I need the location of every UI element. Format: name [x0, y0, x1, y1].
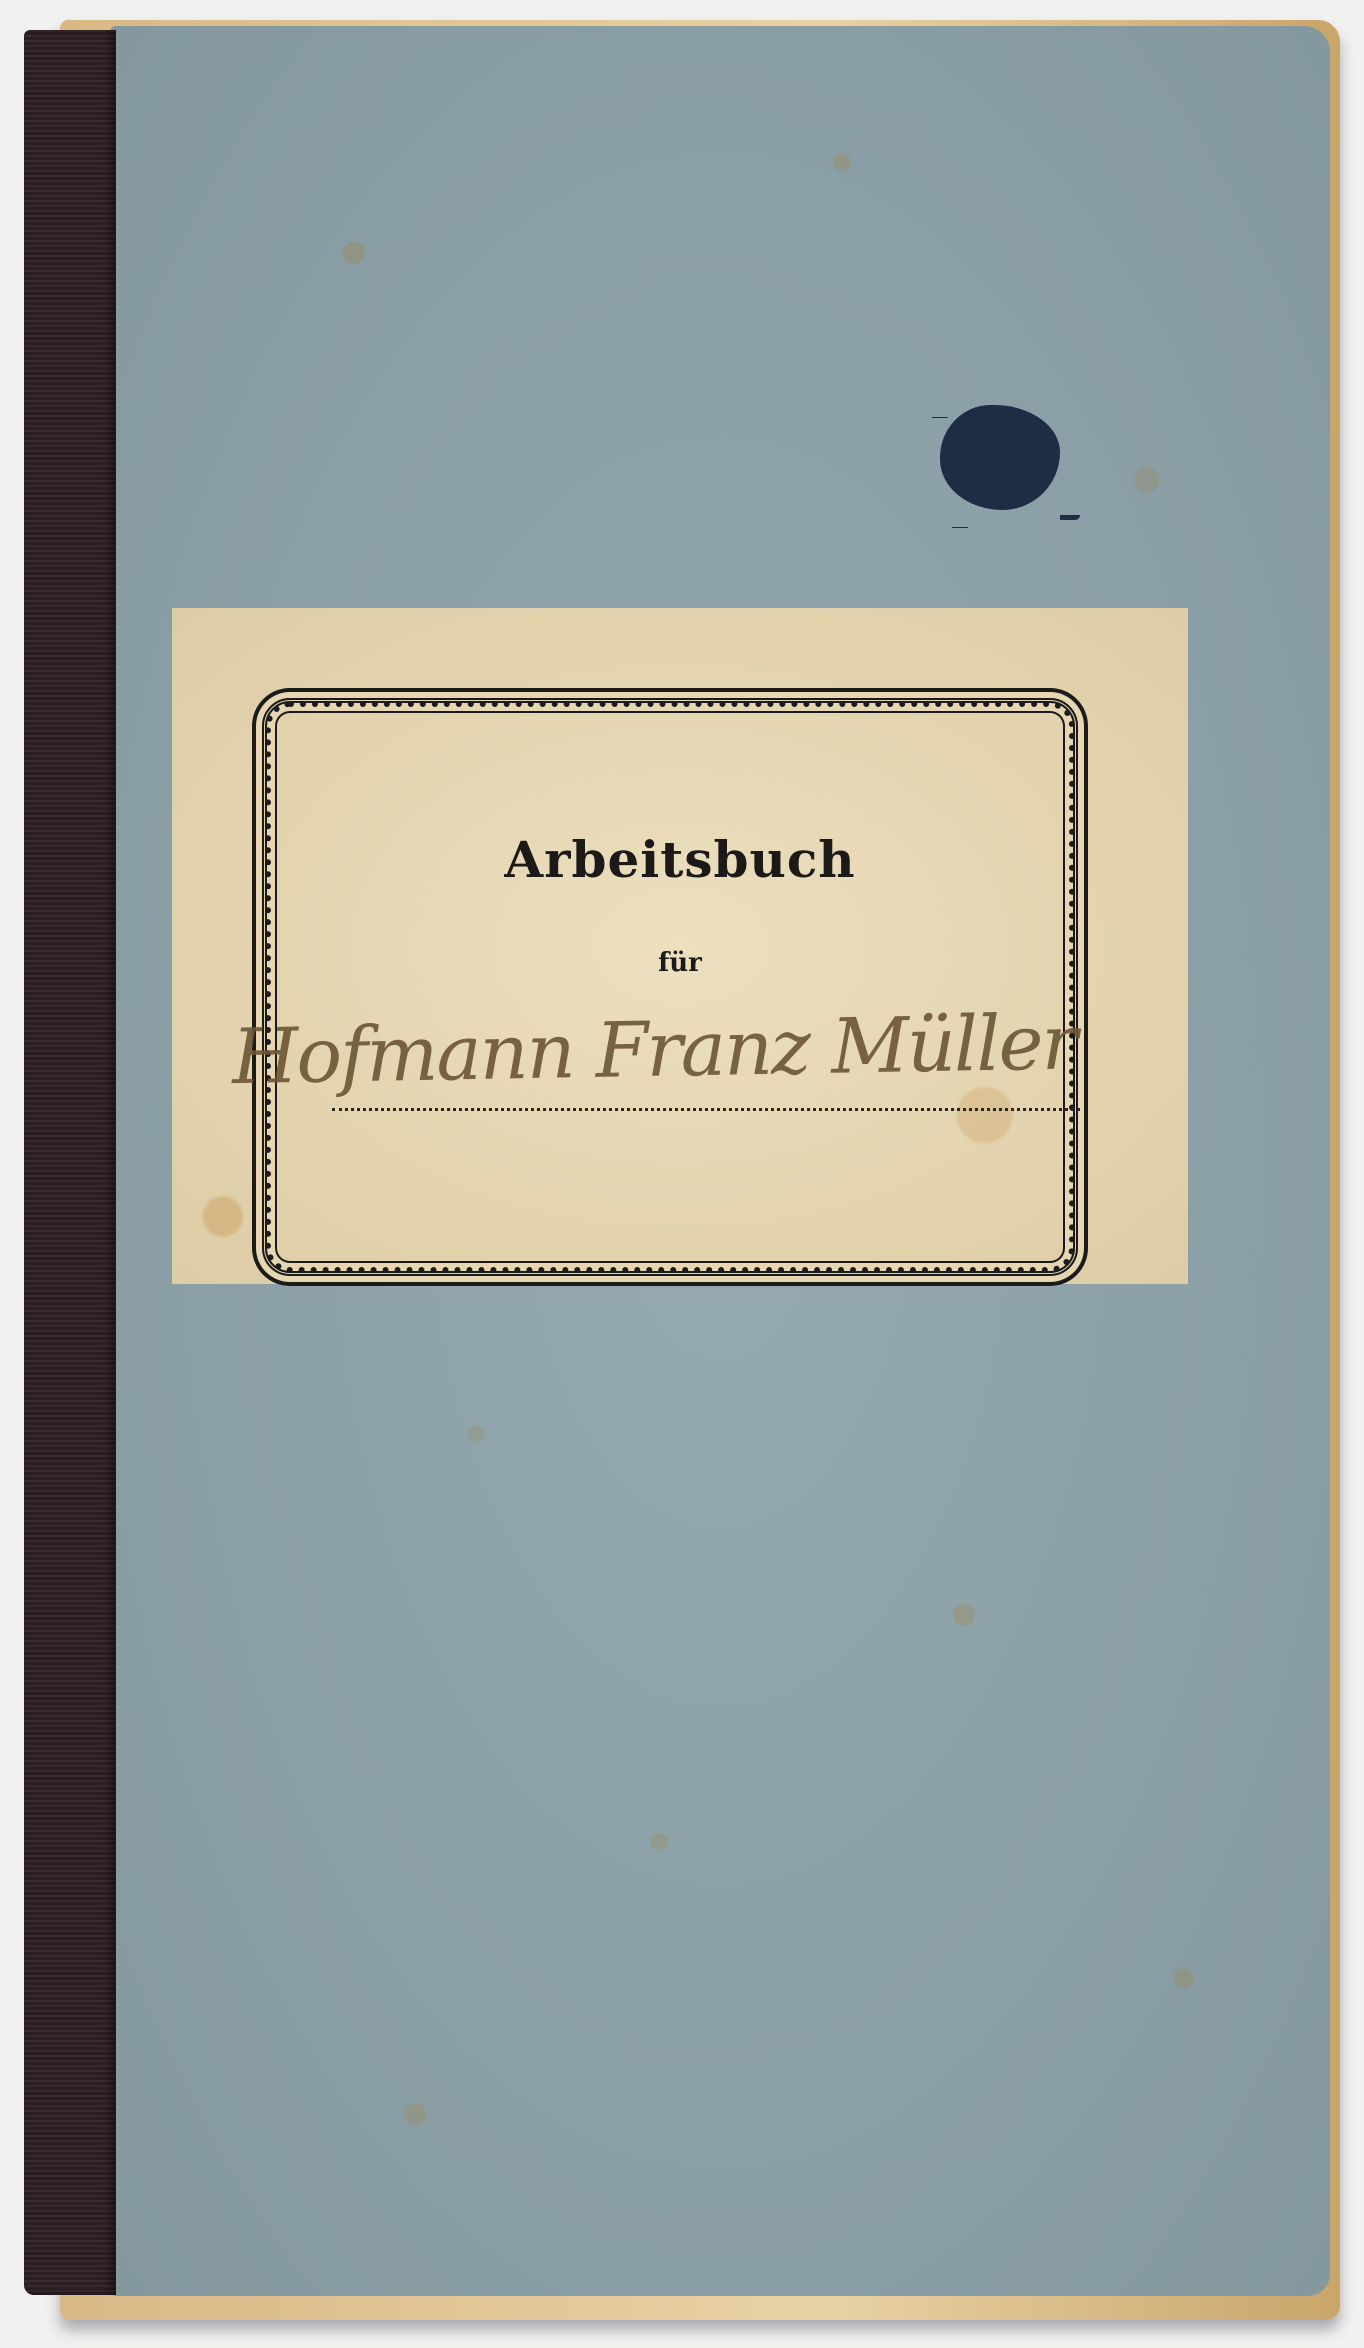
label-title: Arbeitsbuch	[172, 830, 1188, 889]
cover-label: Arbeitsbuch für Hofmann Franz Müller	[172, 608, 1188, 1284]
label-subtitle: für	[172, 948, 1188, 978]
cloth-spine	[24, 30, 116, 2295]
name-line	[332, 1108, 1080, 1111]
handwritten-name: Hofmann Franz Müller	[231, 994, 1282, 1101]
ornamental-border	[262, 698, 1078, 1276]
